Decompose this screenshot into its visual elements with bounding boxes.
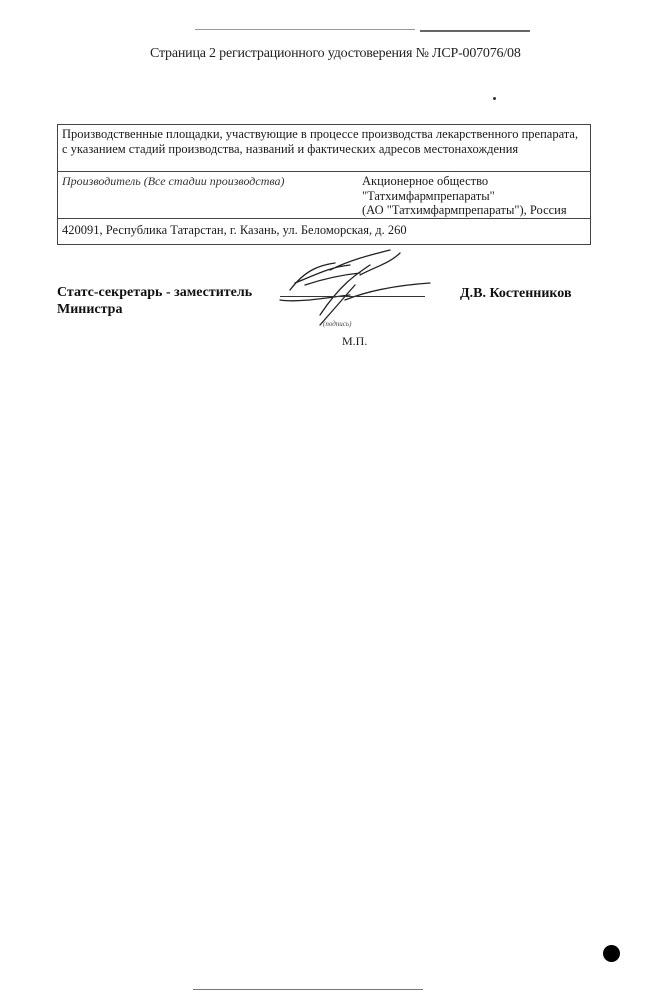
table-header-text: Производственные площадки, участвующие в… xyxy=(62,127,578,156)
signatory-title: Статс-секретарь - заместитель Министра xyxy=(57,284,252,318)
scan-artifact-top-line xyxy=(195,29,415,30)
table-header-row: Производственные площадки, участвующие в… xyxy=(58,125,590,172)
signature-line xyxy=(280,296,425,297)
producer-row: Производитель (Все стадии производства) … xyxy=(58,172,590,219)
scan-artifact-top-line xyxy=(420,30,530,32)
producer-name-line: "Татхимфармпрепараты" xyxy=(362,189,586,204)
producer-name-line: (АО "Татхимфармпрепараты"), Россия xyxy=(362,203,586,218)
handwritten-signature xyxy=(260,245,460,335)
address-row: 420091, Республика Татарстан, г. Казань,… xyxy=(58,219,590,244)
scan-speck xyxy=(493,97,496,100)
stamp-label: М.П. xyxy=(342,334,367,349)
punch-hole-mark xyxy=(603,945,620,962)
production-sites-table: Производственные площадки, участвующие в… xyxy=(57,124,591,245)
signatory-title-line: Министра xyxy=(57,301,252,318)
signatory-name: Д.В. Костенников xyxy=(460,286,572,302)
producer-name-line: Акционерное общество xyxy=(362,174,586,189)
page-header: Страница 2 регистрационного удостоверени… xyxy=(150,46,550,62)
scan-artifact-bottom-line xyxy=(193,989,423,990)
producer-role: Производитель (Все стадии производства) xyxy=(62,174,362,216)
signatory-title-line: Статс-секретарь - заместитель xyxy=(57,284,252,301)
signature-caption: (подпись) xyxy=(323,320,351,328)
producer-address: 420091, Республика Татарстан, г. Казань,… xyxy=(62,223,407,237)
producer-name: Акционерное общество "Татхимфармпрепарат… xyxy=(362,174,586,216)
